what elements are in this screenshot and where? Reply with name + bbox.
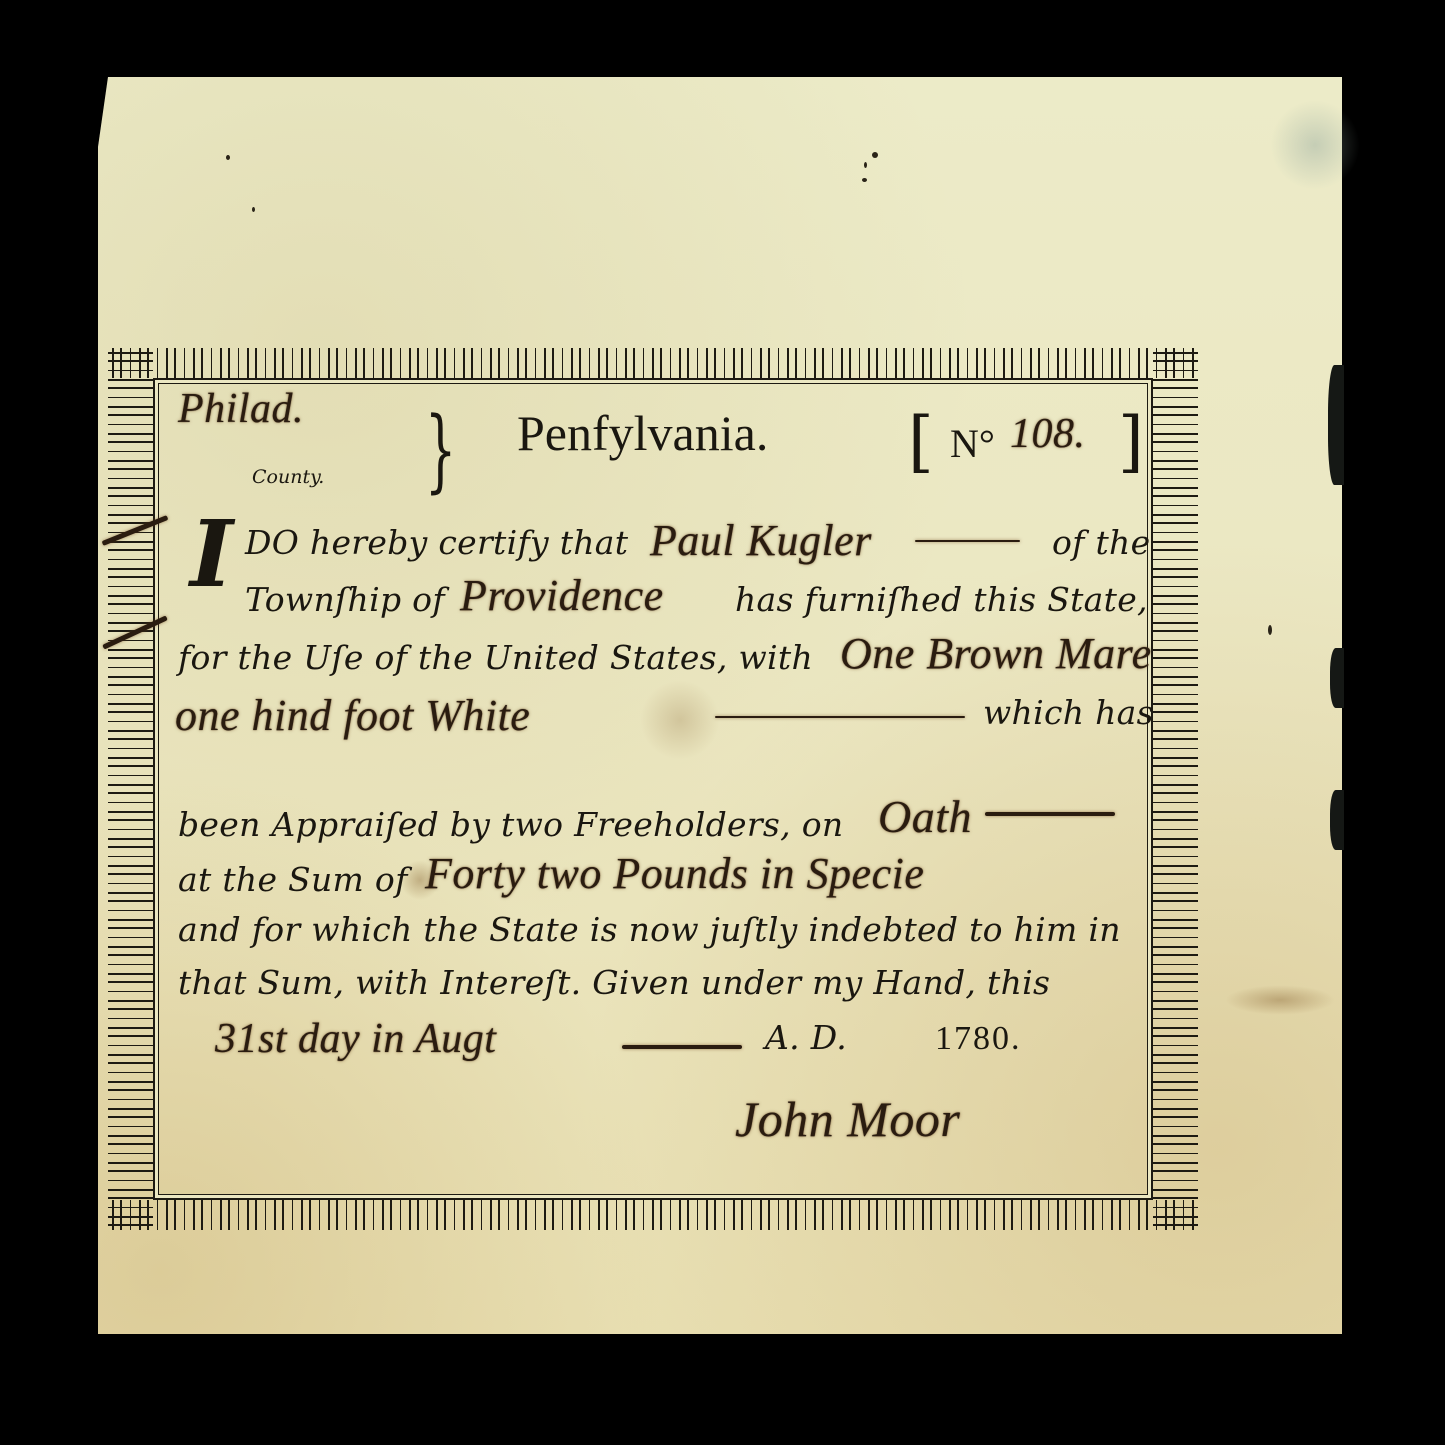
item-description-cont: one hind foot White [175, 690, 530, 741]
issue-year: 1780. [935, 1020, 1022, 1058]
township-name: Providence [460, 570, 664, 621]
body-text: which has [983, 693, 1154, 732]
speck [864, 162, 867, 168]
ink-dash [715, 716, 965, 718]
certificate-number: 108. [1010, 410, 1086, 458]
speck [862, 178, 867, 182]
mold-stain [1270, 100, 1360, 190]
body-text: has furniſhed this State, [735, 580, 1148, 619]
speck [1268, 625, 1272, 635]
torn-edge [1330, 790, 1344, 850]
appraisal-basis: Oath [878, 790, 972, 843]
signature: John Moor [735, 1090, 960, 1148]
number-label: N° [950, 420, 995, 467]
body-text: that Sum, with Intereſt. Given under my … [178, 963, 1050, 1002]
body-text: of the [1052, 523, 1150, 562]
body-text: and for which the State is now juſtly in… [178, 910, 1121, 949]
brace-glyph: } [425, 398, 456, 503]
ink-dash [985, 812, 1115, 816]
border-inner-rule [153, 378, 1153, 1200]
body-text: at the Sum of [178, 860, 408, 899]
speck [252, 207, 255, 212]
speck [872, 152, 878, 158]
border-band-bottom [108, 1200, 1198, 1230]
appraised-sum: Forty two Pounds in Specie [425, 848, 924, 899]
era-label: A. D. [765, 1018, 847, 1057]
state-title: Penfylvania. [517, 404, 768, 462]
body-text: been Appraiſed by two Freeholders, on [178, 805, 843, 844]
ink-blot [1225, 985, 1335, 1015]
item-description: One Brown Mare [840, 628, 1152, 679]
claimant-name: Paul Kugler [650, 515, 872, 566]
speck [226, 155, 230, 160]
torn-edge [1328, 365, 1344, 485]
county-name-handwritten: Philad. [178, 385, 304, 433]
body-text: for the Uſe of the United States, with [178, 638, 813, 677]
ink-dash [622, 1045, 742, 1049]
bracket-open: [ [908, 403, 934, 480]
bracket-close: ] [1118, 403, 1144, 480]
border-band-left [108, 348, 153, 1230]
torn-edge [1330, 648, 1344, 708]
ink-dash [915, 540, 1020, 542]
drop-cap: I [190, 500, 233, 608]
body-text: DO hereby certify that [245, 523, 628, 562]
county-label: County. [252, 466, 324, 488]
body-text: Townſhip of [245, 580, 445, 619]
border-band-top [108, 348, 1198, 378]
issue-date: 31st day in Augt [215, 1015, 496, 1063]
border-band-right [1153, 348, 1198, 1230]
